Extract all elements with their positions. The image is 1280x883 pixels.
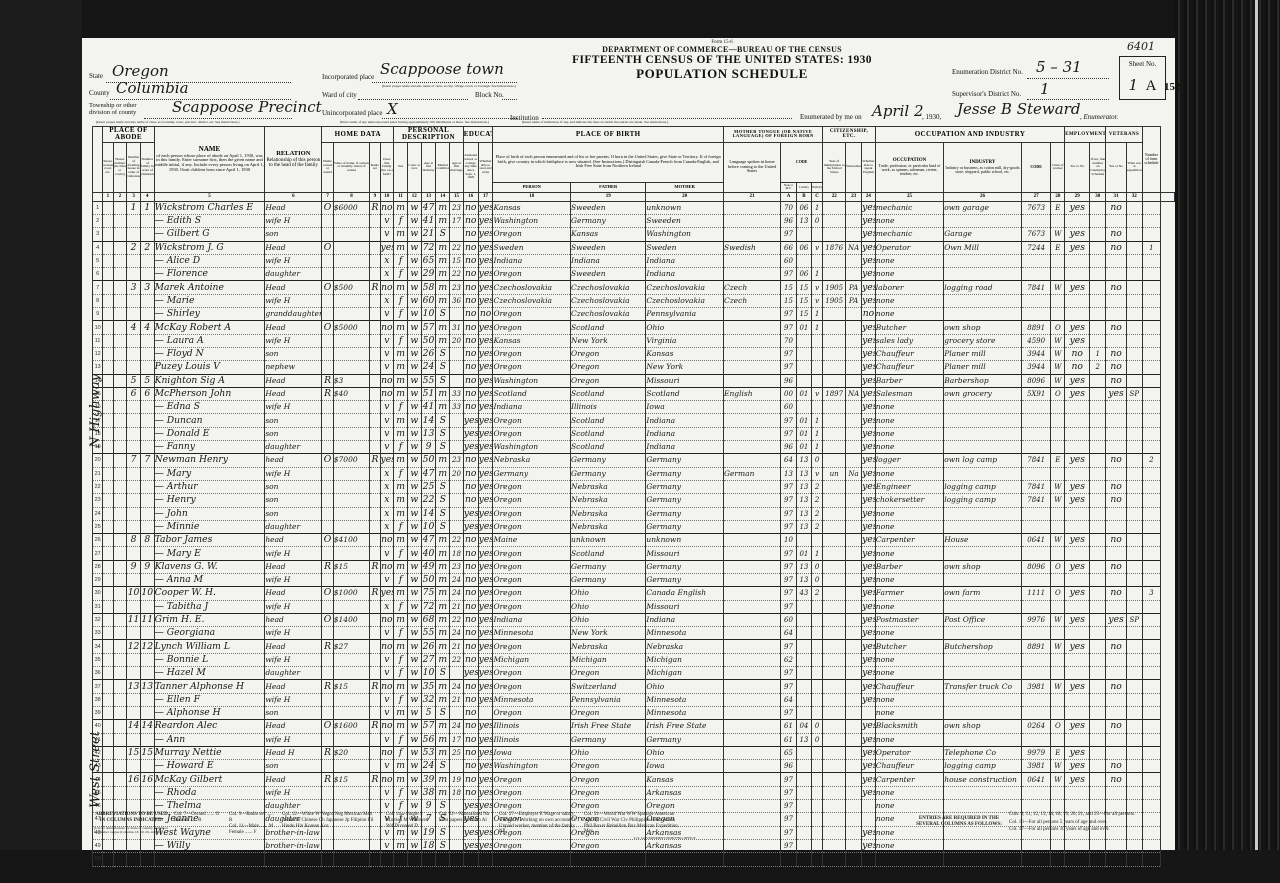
unemployment-line-cell xyxy=(1090,627,1106,640)
farm-cell: v xyxy=(380,441,394,454)
industry-cell: house construction xyxy=(944,773,1022,786)
street-cell xyxy=(103,441,113,454)
house-number-cell xyxy=(113,507,127,520)
radio-cell xyxy=(370,387,380,400)
street-cell xyxy=(103,680,113,693)
unemployment-line-cell xyxy=(1090,600,1106,613)
age-cell: 49 xyxy=(421,560,436,573)
mother-birthplace-cell: Germany xyxy=(646,467,724,480)
code-b-cell xyxy=(797,653,812,666)
industry-cell xyxy=(944,214,1022,227)
father-birthplace-cell: Germany xyxy=(571,454,646,467)
code-b-cell: 01 xyxy=(797,441,812,454)
war-cell xyxy=(1126,574,1142,587)
unemployment-line-cell xyxy=(1090,760,1106,773)
table-row: 1044McKay Robert AHeadO$5000nomw57m31noy… xyxy=(93,321,1175,334)
sex-cell: f xyxy=(394,467,408,480)
father-birthplace-cell: New York xyxy=(571,627,646,640)
occupation-code-cell xyxy=(1021,733,1051,746)
scan-border-left xyxy=(0,0,82,883)
home-value-cell xyxy=(333,520,370,533)
code-a-cell: 97 xyxy=(781,547,797,560)
birthplace-cell: Oregon xyxy=(493,494,571,507)
speaks-english-cell: yes xyxy=(862,547,876,560)
occupation-cell: Salesman xyxy=(875,387,943,400)
home-value-cell xyxy=(333,653,370,666)
school-cell: no xyxy=(463,640,478,653)
person-name-cell: — Edith S xyxy=(154,214,265,227)
line-number: 25 xyxy=(93,520,103,533)
abbrev-col31: Col. 31—World War WW Spanish-American Wa… xyxy=(584,812,679,835)
occupation-code-cell xyxy=(1021,254,1051,267)
home-owned-cell xyxy=(322,427,333,440)
race-cell: w xyxy=(407,773,421,786)
occupation-cell: none xyxy=(875,467,943,480)
family-number-cell: 3 xyxy=(140,281,154,294)
mother-birthplace-cell: Germany xyxy=(646,574,724,587)
code-a-cell: 96 xyxy=(781,441,797,454)
group-personal: PERSONAL DESCRIPTION xyxy=(394,127,464,143)
unemployment-line-cell xyxy=(1090,520,1106,533)
at-work-cell xyxy=(1065,839,1090,852)
marital-cell: m xyxy=(436,613,450,626)
person-name-cell: Wickstrom Charles E xyxy=(154,201,265,214)
code-c-cell: v xyxy=(811,241,822,254)
read-write-cell: yes xyxy=(478,441,493,454)
father-birthplace-cell: Sweeden xyxy=(571,268,646,281)
worker-class-cell xyxy=(1051,308,1065,321)
home-value-cell xyxy=(333,547,370,560)
column-number: 11 xyxy=(394,192,408,201)
age-first-marriage-cell: 20 xyxy=(450,467,464,480)
ward-label: Ward of city xyxy=(322,91,357,99)
speaks-english-cell: yes xyxy=(862,640,876,653)
worker-class-cell xyxy=(1051,667,1065,680)
relation-cell: Head xyxy=(265,640,322,653)
father-birthplace-cell: Michigan xyxy=(571,653,646,666)
code-a-cell: 97 xyxy=(781,308,797,321)
race-cell: w xyxy=(407,294,421,307)
radio-cell xyxy=(370,667,380,680)
immigration-year-cell xyxy=(823,520,846,533)
naturalization-cell xyxy=(846,441,862,454)
read-write-cell: yes xyxy=(478,693,493,706)
birthplace-cell: Oregon xyxy=(493,667,571,680)
house-number-cell xyxy=(113,733,127,746)
birthplace-cell: Oregon xyxy=(493,587,571,600)
dwelling-number-cell xyxy=(127,308,141,321)
language-cell xyxy=(723,201,780,214)
column-number: B xyxy=(797,192,812,201)
dwelling-number-cell xyxy=(127,627,141,640)
sheet-label: Sheet No. xyxy=(1120,60,1165,68)
immigration-year-cell xyxy=(823,201,846,214)
line-number: 11 xyxy=(93,334,103,347)
speaks-english-cell: yes xyxy=(862,680,876,693)
code-a-cell: 64 xyxy=(781,693,797,706)
required-3: Col. 17—For all persons 10 years of age … xyxy=(1009,827,1159,833)
sex-cell: m xyxy=(394,361,408,374)
farm-schedule-cell xyxy=(1142,254,1160,267)
farm-schedule-cell xyxy=(1142,228,1160,241)
code-c-cell xyxy=(811,334,822,347)
read-write-cell: yes xyxy=(478,653,493,666)
person-name-cell: — Alphonse H xyxy=(154,706,265,719)
naturalization-cell xyxy=(846,308,862,321)
age-first-marriage-cell: 23 xyxy=(450,281,464,294)
line-num-header xyxy=(93,127,103,193)
line-number: 30 xyxy=(93,587,103,600)
home-owned-cell xyxy=(322,507,333,520)
veteran-cell: yes xyxy=(1106,613,1127,626)
father-birthplace-cell: Ohio xyxy=(571,587,646,600)
group-citizenship: CITIZENSHIP, ETC. xyxy=(823,127,876,143)
speaks-english-cell: yes xyxy=(862,587,876,600)
relation-cell: wife H xyxy=(265,254,322,267)
race-cell: w xyxy=(407,427,421,440)
relation-cell: wife H xyxy=(265,574,322,587)
mother-birthplace-cell: Indiana xyxy=(646,427,724,440)
language-cell xyxy=(723,680,780,693)
person-name-cell: — Laura A xyxy=(154,334,265,347)
at-work-cell xyxy=(1065,547,1090,560)
school-cell: yes xyxy=(463,507,478,520)
farm-cell: no xyxy=(380,281,394,294)
code-c-cell: 0 xyxy=(811,574,822,587)
industry-cell xyxy=(944,733,1022,746)
read-write-cell: yes xyxy=(478,214,493,227)
occupation-cell: Chauffeur xyxy=(875,347,943,360)
war-cell xyxy=(1126,653,1142,666)
farm-schedule-cell xyxy=(1142,613,1160,626)
abbrev-col22: Col. 22—Naturalized Na First papers Pa A… xyxy=(439,812,494,824)
read-write-cell: yes xyxy=(478,560,493,573)
age-first-marriage-cell: 17 xyxy=(450,733,464,746)
school-cell: no xyxy=(463,653,478,666)
occupation-code-cell: 3981 xyxy=(1021,760,1051,773)
war-cell xyxy=(1126,640,1142,653)
industry-cell xyxy=(944,294,1022,307)
radio-cell xyxy=(370,507,380,520)
relation-cell: head xyxy=(265,534,322,547)
veteran-cell: no xyxy=(1106,347,1127,360)
home-value-cell xyxy=(333,401,370,414)
sex-cell: m xyxy=(394,494,408,507)
home-owned-cell xyxy=(322,547,333,560)
age-cell: 47 xyxy=(421,534,436,547)
war-cell xyxy=(1126,441,1142,454)
street-cell xyxy=(103,454,113,467)
code-c-cell: v xyxy=(811,467,822,480)
race-cell: w xyxy=(407,308,421,321)
table-row: 22— Arthursonxmw25SnoyesOregonNebraskaGe… xyxy=(93,480,1175,493)
speaks-english-cell: yes xyxy=(862,574,876,587)
race-cell: w xyxy=(407,414,421,427)
race-cell: w xyxy=(407,680,421,693)
worker-class-cell xyxy=(1051,414,1065,427)
sex-cell: f xyxy=(394,627,408,640)
race-cell: w xyxy=(407,387,421,400)
language-cell: German xyxy=(723,467,780,480)
street-cell xyxy=(103,361,113,374)
header-read: Whether able to read and write xyxy=(478,142,493,192)
mother-birthplace-cell: Indiana xyxy=(646,268,724,281)
line-number: 29 xyxy=(93,574,103,587)
unincorporated-value: X xyxy=(387,100,398,118)
dwelling-number-cell xyxy=(127,693,141,706)
printer-line: U.S. GOVERNMENT PRINTING OFFICE xyxy=(634,836,696,840)
mother-birthplace-cell: Germany xyxy=(646,507,724,520)
person-name-cell: Tabor James xyxy=(154,534,265,547)
table-row: 24— Johnsonxmw14SyesyesOregonNebraskaGer… xyxy=(93,507,1175,520)
table-row: 13Puzey Louis Vnephewvmw24SnoyesOregonOr… xyxy=(93,361,1175,374)
farm-cell: v xyxy=(380,574,394,587)
dwelling-number-cell xyxy=(127,706,141,719)
table-row: 371313Tanner Alphonse HHeadR$15Rnomw35m2… xyxy=(93,680,1175,693)
worker-class-cell xyxy=(1051,706,1065,719)
street-cell xyxy=(103,214,113,227)
radio-cell xyxy=(370,627,380,640)
language-cell xyxy=(723,613,780,626)
father-birthplace-cell: New York xyxy=(571,334,646,347)
naturalization-cell xyxy=(846,653,862,666)
language-cell xyxy=(723,706,780,719)
language-cell xyxy=(723,627,780,640)
read-write-cell: yes xyxy=(478,467,493,480)
occupation-code-cell xyxy=(1021,520,1051,533)
school-cell: no xyxy=(463,720,478,733)
marital-cell: m xyxy=(436,640,450,653)
age-cell: 50 xyxy=(421,334,436,347)
home-owned-cell: O xyxy=(322,454,333,467)
mother-birthplace-cell: Missouri xyxy=(646,547,724,560)
header-farm: Does this family live on a farm? xyxy=(380,142,394,192)
home-owned-cell xyxy=(322,467,333,480)
birthplace-cell: Michigan xyxy=(493,653,571,666)
line-number: 3 xyxy=(93,228,103,241)
veteran-cell: no xyxy=(1106,853,1127,866)
home-owned-cell xyxy=(322,706,333,719)
family-number-cell xyxy=(140,667,154,680)
table-row: 29— Anna Mwife Hvfw50m24noyesOregonGerma… xyxy=(93,574,1175,587)
farm-schedule-cell xyxy=(1142,746,1160,759)
code-b-cell xyxy=(797,853,812,866)
father-birthplace-cell: Illinois xyxy=(571,401,646,414)
code-c-cell: 2 xyxy=(811,494,822,507)
speaks-english-cell: yes xyxy=(862,441,876,454)
code-b-cell xyxy=(797,706,812,719)
worker-class-cell: W xyxy=(1051,228,1065,241)
header-name: NAMEof each person whose place of abode … xyxy=(154,127,265,193)
veteran-cell: no xyxy=(1106,454,1127,467)
at-work-cell xyxy=(1065,214,1090,227)
line-number: 36 xyxy=(93,667,103,680)
column-number: 2 xyxy=(113,192,127,201)
family-number-cell xyxy=(140,294,154,307)
mother-birthplace-cell: Kansas xyxy=(646,773,724,786)
code-c-cell xyxy=(811,853,822,866)
relation-cell: daughter xyxy=(265,520,322,533)
home-owned-cell xyxy=(322,839,333,852)
header-value: Value of home, if owned, or monthly rent… xyxy=(333,142,370,192)
person-name-cell: — Bonnie L xyxy=(154,653,265,666)
abbrev-col14: Col. 14—Single S Married M Widowed Wd Di… xyxy=(386,812,436,829)
age-cell: 25 xyxy=(421,480,436,493)
abbrev-col9: Col. 9—Radio set ...... R xyxy=(229,812,277,824)
home-owned-cell xyxy=(322,760,333,773)
relation-cell: Head xyxy=(265,587,322,600)
person-name-cell: — Rhoda xyxy=(154,786,265,799)
naturalization-cell xyxy=(846,254,862,267)
veteran-cell xyxy=(1106,308,1127,321)
age-first-marriage-cell xyxy=(450,706,464,719)
mother-birthplace-cell: New York xyxy=(646,361,724,374)
code-a-cell: 97 xyxy=(781,706,797,719)
home-owned-cell xyxy=(322,334,333,347)
code-a-cell: 97 xyxy=(781,361,797,374)
industry-cell: House xyxy=(944,534,1022,547)
table-row: 31— Tabitha Jwife Hxfw72m21noyesOregonOh… xyxy=(93,600,1175,613)
relation-cell: wife H xyxy=(265,786,322,799)
at-work-cell: yes xyxy=(1065,773,1090,786)
occupation-code-cell xyxy=(1021,600,1051,613)
person-name-cell: Wickstrom J. G xyxy=(154,241,265,254)
at-work-cell xyxy=(1065,706,1090,719)
home-owned-cell: R xyxy=(322,560,333,573)
read-write-cell: yes xyxy=(478,241,493,254)
radio-cell xyxy=(370,268,380,281)
worker-class-cell xyxy=(1051,254,1065,267)
speaks-english-cell: yes xyxy=(862,667,876,680)
occupation-cell: none xyxy=(875,706,943,719)
radio-cell xyxy=(370,733,380,746)
immigration-year-cell xyxy=(823,746,846,759)
language-cell xyxy=(723,760,780,773)
age-first-marriage-cell: 23 xyxy=(450,454,464,467)
family-number-cell: 11 xyxy=(140,613,154,626)
school-cell: no xyxy=(463,480,478,493)
code-c-cell: 1 xyxy=(811,321,822,334)
war-cell xyxy=(1126,520,1142,533)
farm-schedule-cell xyxy=(1142,600,1160,613)
read-write-cell: yes xyxy=(478,427,493,440)
street-cell xyxy=(103,786,113,799)
birthplace-cell: Indiana xyxy=(493,401,571,414)
school-cell: no xyxy=(463,387,478,400)
unemployment-line-cell xyxy=(1090,720,1106,733)
relation-cell: daughter xyxy=(265,268,322,281)
industry-cell: Garage xyxy=(944,228,1022,241)
naturalization-cell xyxy=(846,214,862,227)
immigration-year-cell xyxy=(823,640,846,653)
home-value-cell: $6000 xyxy=(333,201,370,214)
speaks-english-cell: yes xyxy=(862,839,876,852)
at-work-cell: yes xyxy=(1065,760,1090,773)
family-number-cell xyxy=(140,467,154,480)
veteran-cell xyxy=(1106,214,1127,227)
code-a-cell: 97 xyxy=(781,228,797,241)
at-work-cell xyxy=(1065,733,1090,746)
code-b-cell: 01 xyxy=(797,547,812,560)
farm-schedule-cell xyxy=(1142,294,1160,307)
language-cell xyxy=(723,587,780,600)
speaks-english-cell: yes xyxy=(862,613,876,626)
language-cell xyxy=(723,480,780,493)
occupation-code-cell xyxy=(1021,627,1051,640)
street-cell xyxy=(103,613,113,626)
table-row: 3— Gilbert Gsonvmw21SnoyesOregonKansasWa… xyxy=(93,228,1175,241)
age-cell: 55 xyxy=(421,627,436,640)
person-name-cell: — Alice D xyxy=(154,254,265,267)
father-birthplace-cell: Scotland xyxy=(571,441,646,454)
census-table-container: PLACE OF ABODE NAMEof each person whose … xyxy=(92,126,1175,826)
line-number: 1 xyxy=(93,201,103,214)
home-owned-cell xyxy=(322,574,333,587)
worker-class-cell xyxy=(1051,214,1065,227)
family-number-cell xyxy=(140,693,154,706)
war-cell xyxy=(1126,706,1142,719)
farm-cell: x xyxy=(380,467,394,480)
home-owned-cell xyxy=(322,853,333,866)
veteran-cell: no xyxy=(1106,281,1127,294)
table-row: 2— Edith Swife Hvfw41m17noyesWashingtonG… xyxy=(93,214,1175,227)
sex-cell: f xyxy=(394,294,408,307)
column-number-blank xyxy=(1142,192,1160,201)
code-a-cell: 62 xyxy=(781,653,797,666)
speaks-english-cell xyxy=(862,706,876,719)
marital-cell: m xyxy=(436,241,450,254)
occupation-cell: none xyxy=(875,733,943,746)
family-number-cell xyxy=(140,547,154,560)
read-write-cell: yes xyxy=(478,627,493,640)
industry-cell: logging camp xyxy=(944,494,1022,507)
war-cell xyxy=(1126,454,1142,467)
farm-cell: x xyxy=(380,494,394,507)
dwelling-number-cell xyxy=(127,228,141,241)
marital-cell: m xyxy=(436,254,450,267)
header-veteran: Yes or No xyxy=(1106,142,1127,192)
code-c-cell xyxy=(811,786,822,799)
age-first-marriage-cell: 22 xyxy=(450,613,464,626)
unemployment-line-cell xyxy=(1090,746,1106,759)
occupation-code-cell xyxy=(1021,693,1051,706)
mother-birthplace-cell: Indiana xyxy=(646,613,724,626)
speaks-english-cell: yes xyxy=(862,228,876,241)
family-number-cell xyxy=(140,228,154,241)
naturalization-cell: NA xyxy=(846,241,862,254)
group-education: EDUCATION xyxy=(463,127,493,143)
race-cell: w xyxy=(407,268,421,281)
read-write-cell: yes xyxy=(478,507,493,520)
naturalization-cell xyxy=(846,613,862,626)
father-birthplace-cell: Oregon xyxy=(571,667,646,680)
occupation-code-cell xyxy=(1021,427,1051,440)
sex-cell: f xyxy=(394,733,408,746)
column-number: 12 xyxy=(407,192,421,201)
relation-cell: son xyxy=(265,427,322,440)
radio-cell xyxy=(370,427,380,440)
code-c-cell: 0 xyxy=(811,214,822,227)
birthplace-cell: Oregon xyxy=(493,680,571,693)
code-a-cell: 65 xyxy=(781,746,797,759)
speaks-english-cell: yes xyxy=(862,241,876,254)
street-cell xyxy=(103,374,113,387)
sex-cell: m xyxy=(394,347,408,360)
home-value-cell xyxy=(333,760,370,773)
radio-cell xyxy=(370,294,380,307)
veteran-cell: no xyxy=(1106,361,1127,374)
radio-cell xyxy=(370,706,380,719)
